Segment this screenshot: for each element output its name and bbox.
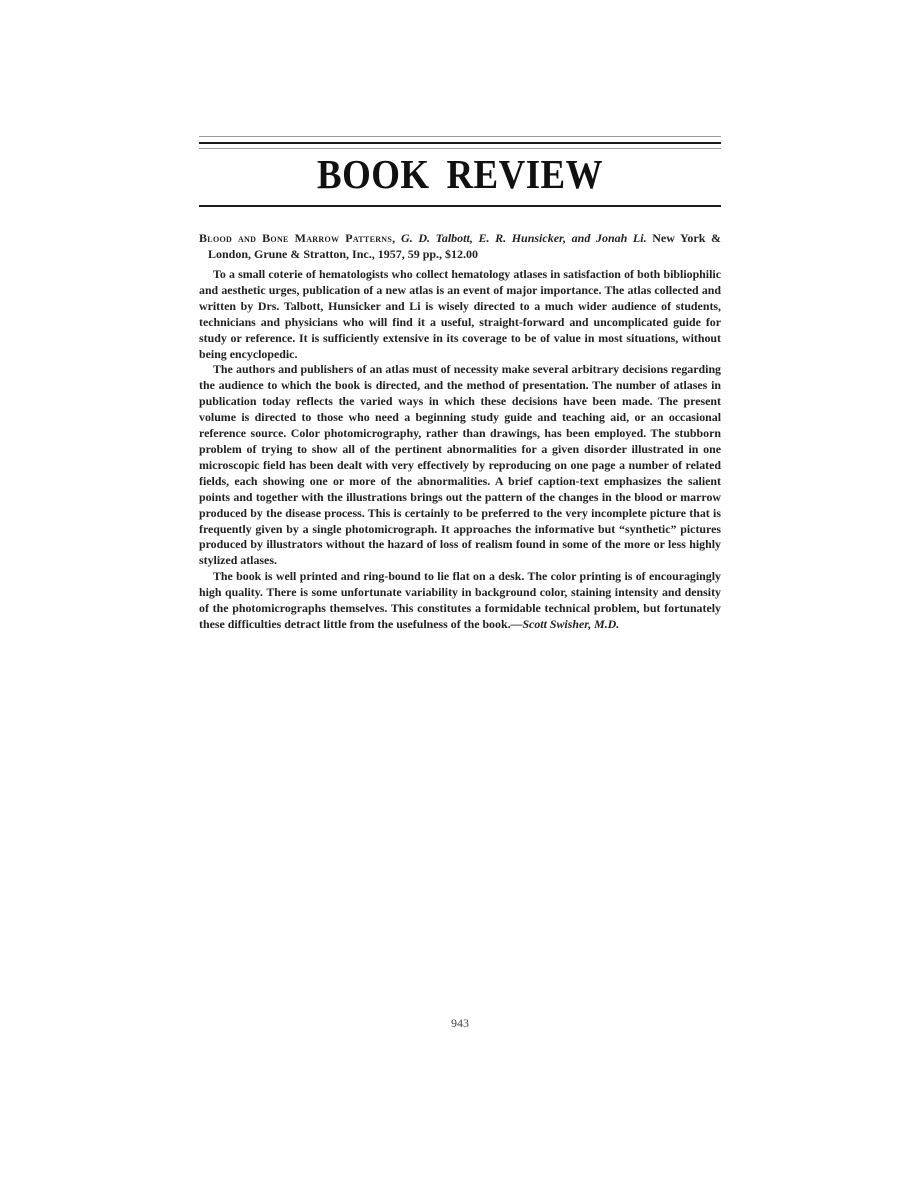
review-body: To a small coterie of hematologists who … (199, 267, 721, 633)
header-rule-thin-bottom (199, 148, 721, 149)
book-citation: Blood and Bone Marrow Patterns, G. D. Ta… (199, 230, 721, 262)
title-underline-rule (199, 205, 721, 207)
header-rule-thick (199, 142, 721, 144)
review-paragraph-2: The authors and publishers of an atlas m… (199, 362, 721, 569)
header-rule-thin-top (199, 136, 721, 137)
review-paragraph-1: To a small coterie of hematologists who … (199, 267, 721, 362)
book-authors: G. D. Talbott, E. R. Hunsicker, and Jona… (401, 231, 647, 245)
section-title: BOOK REVIEW (225, 150, 695, 198)
review-paragraph-3: The book is well printed and ring-bound … (199, 569, 721, 633)
review-paragraph-3-text: The book is well printed and ring-bound … (199, 569, 721, 631)
page-number: 943 (199, 1016, 721, 1031)
book-title: Blood and Bone Marrow Patterns, (199, 231, 395, 245)
reviewer-signature: Scott Swisher, M.D. (522, 617, 619, 631)
